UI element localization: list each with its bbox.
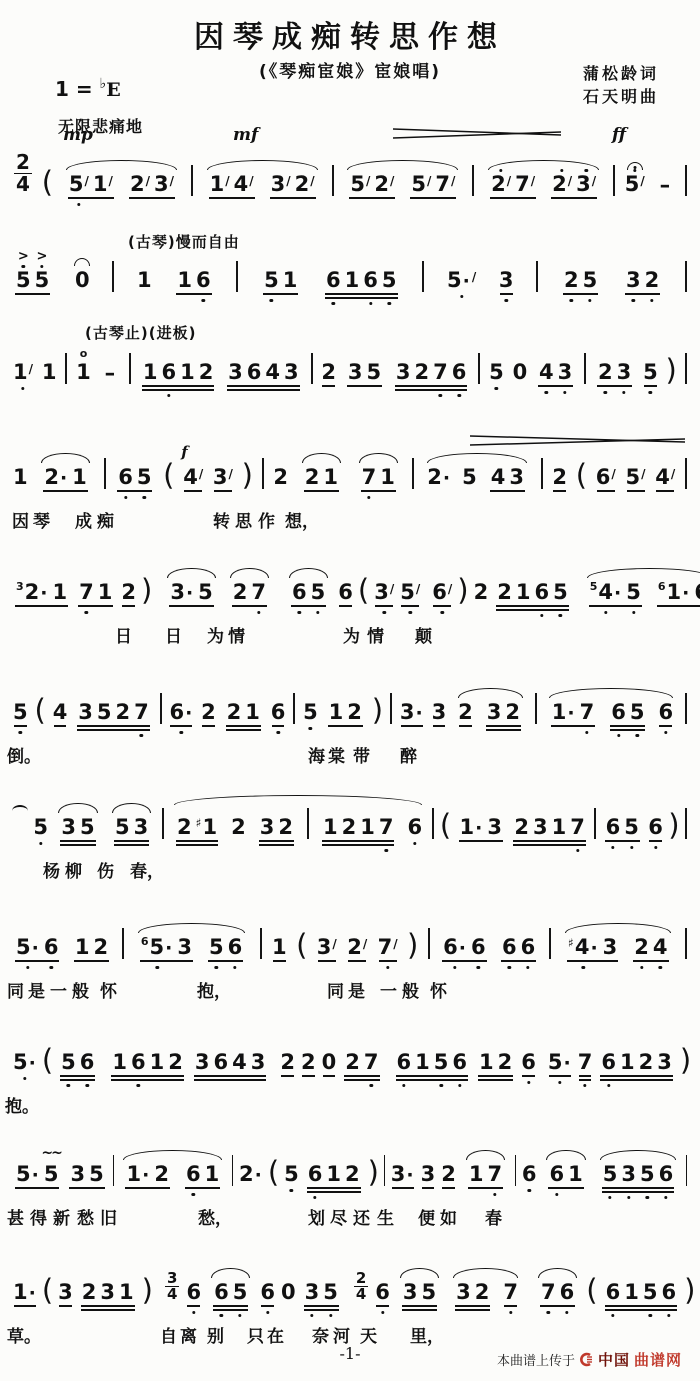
- note: 7: [541, 1281, 556, 1304]
- dash: –: [660, 174, 671, 196]
- note: 2: [415, 361, 430, 384]
- note: 5/: [411, 173, 431, 196]
- lyric: 如: [440, 1204, 457, 1229]
- note: 3: [305, 1281, 320, 1304]
- beam-line: [610, 725, 645, 727]
- octave-dot-low: [439, 394, 442, 397]
- music-row: 5>5>01165161655·/32532: [0, 258, 700, 292]
- beam-line: [226, 729, 261, 731]
- score-line: (古琴)慢而自由5>5>01165161655·/32532: [0, 258, 700, 292]
- beam-line: [78, 605, 113, 607]
- beam-group: 66: [500, 936, 537, 959]
- hairpin-icon: [393, 126, 561, 146]
- beam-line: [513, 840, 586, 842]
- note: 3/: [213, 466, 233, 489]
- note-digit: 1: [345, 269, 360, 292]
- note-digit: 7: [570, 816, 585, 839]
- octave-dot-low: [313, 1196, 316, 1199]
- augmentation-dot: ·: [406, 1164, 413, 1186]
- octave-dot-low: [527, 1189, 530, 1192]
- note-digit: 2: [498, 1051, 513, 1074]
- note-digit: 6: [661, 1281, 676, 1304]
- lyrics-row: 倒。海棠带醉: [0, 742, 700, 770]
- note-digit: 3: [374, 581, 389, 604]
- beam-group: 5>5>: [14, 269, 51, 292]
- note-digit: 5: [16, 1163, 31, 1186]
- composer: 石天明曲: [583, 85, 659, 108]
- note-digit: 6: [161, 361, 176, 384]
- note: 4: [653, 936, 668, 959]
- beam-group: 2·1: [42, 466, 88, 489]
- slur-group: 1·261: [120, 1163, 225, 1186]
- beam-line: [597, 385, 632, 387]
- note-digit: 2: [345, 1051, 360, 1074]
- slur-group: 53: [109, 816, 154, 839]
- augmentation-dot: ·: [29, 1282, 36, 1304]
- note: 3: [421, 1163, 436, 1186]
- beam-line: [657, 605, 700, 607]
- barline: [686, 1155, 687, 1186]
- note-digit: 2: [154, 1163, 169, 1186]
- lyrics-row: 杨柳伤春，: [0, 857, 700, 885]
- note: 5: [97, 701, 112, 724]
- lyrics-row: 抱。: [0, 1092, 700, 1120]
- note-digit: 1: [93, 173, 108, 196]
- note-digit: 5: [583, 269, 598, 292]
- note-digit: 6: [186, 1281, 201, 1304]
- beam-group: 56: [207, 936, 244, 959]
- barline: [685, 165, 687, 196]
- beam-line: [656, 490, 674, 492]
- beam-line: [111, 1079, 184, 1081]
- octave-dot-low: [67, 1084, 70, 1087]
- note-digit: 6: [196, 269, 211, 292]
- beam-line: [504, 1305, 517, 1307]
- note: 5>: [16, 269, 31, 292]
- note-digit: 3: [432, 701, 447, 724]
- beam-line: [610, 729, 645, 731]
- barline: [515, 1155, 516, 1186]
- beam-line: [54, 725, 67, 727]
- beam-group: 65: [116, 466, 153, 489]
- note: ♯4·: [568, 936, 599, 959]
- beam-group: 5/7/: [409, 173, 457, 196]
- beam-line: [272, 725, 285, 727]
- octave-dot-low: [21, 387, 24, 390]
- note-digit: 1: [202, 816, 217, 839]
- parenthesis: ): [368, 1159, 379, 1186]
- octave-dot-low: [369, 302, 372, 305]
- note: 5: [489, 361, 504, 384]
- beam-group: 54·5: [588, 581, 643, 604]
- octave-dot-low: [167, 394, 170, 397]
- octave-dot-low: [329, 1314, 332, 1317]
- beam-line: [567, 960, 618, 962]
- beam-line: [60, 840, 95, 842]
- note-digit: 1: [469, 1163, 484, 1186]
- note-digit: 3: [499, 269, 514, 292]
- note: 6/: [432, 581, 452, 604]
- octave-dot-low: [453, 966, 456, 969]
- lyric: 海: [308, 742, 325, 767]
- slide-ornament-icon: /: [416, 583, 420, 595]
- note: 5: [366, 361, 381, 384]
- note: 2·: [239, 1163, 263, 1186]
- slide-ornament-icon: /: [170, 175, 174, 187]
- note-digit: 5: [35, 269, 50, 292]
- note-digit: 1: [380, 466, 395, 489]
- music-row: 12·165(4/f3/)221712·5432(6/5/4/: [0, 455, 700, 489]
- note-digit: 1: [245, 701, 260, 724]
- octave-dot-low: [563, 391, 566, 394]
- beam-group: 3643: [193, 1051, 268, 1074]
- note: 6: [606, 1281, 621, 1304]
- note-digit: 6: [214, 1051, 229, 1074]
- note: 6: [375, 1281, 390, 1304]
- note: 2·: [427, 466, 451, 489]
- note-digit: 3: [61, 816, 76, 839]
- score-line: 5·(56161236432202761561265·76123)抱。: [0, 1040, 700, 1120]
- beam-line: [273, 960, 286, 962]
- note: 6: [308, 1163, 323, 1186]
- beam-group: 1612: [110, 1051, 185, 1074]
- note-digit: 5: [150, 936, 165, 959]
- note-digit: 2: [280, 1051, 295, 1074]
- key-note: E: [106, 79, 120, 101]
- time-signature: 24: [14, 152, 32, 195]
- note: 1: [137, 269, 152, 292]
- note: 6: [560, 1281, 575, 1304]
- note-digit: 4: [598, 581, 613, 604]
- note-digit: 6: [169, 701, 184, 724]
- beam-group: 16: [175, 269, 212, 292]
- dynamic-mark: ff: [612, 125, 626, 145]
- note-digit: 5: [411, 173, 426, 196]
- note: 2·: [44, 466, 68, 489]
- note: 6: [326, 269, 341, 292]
- note: 5: [643, 1281, 658, 1304]
- note-digit: 5: [13, 1051, 28, 1074]
- beam-line: [114, 840, 149, 842]
- lyric: 醉: [400, 742, 417, 767]
- beam-line: [259, 844, 294, 846]
- octave-dot-low: [617, 734, 620, 737]
- note: 2: [273, 466, 288, 489]
- note: 3: [70, 1163, 85, 1186]
- beam-line: [402, 1305, 437, 1307]
- beam-line: [185, 1187, 220, 1189]
- beam-group: 35: [346, 361, 383, 384]
- accent-icon: >: [36, 252, 47, 262]
- note-digit: 7: [580, 701, 595, 724]
- note-digit: 6: [452, 361, 467, 384]
- beam-group: 61·6: [656, 581, 700, 604]
- note-digit: 7: [433, 361, 448, 384]
- beam-line: [600, 1075, 673, 1077]
- beam-line: [551, 725, 595, 727]
- note-digit: 4: [265, 361, 280, 384]
- note: 5: [198, 581, 213, 604]
- barline: [129, 353, 131, 384]
- beam-line: [307, 1187, 361, 1189]
- octave-dot-low: [383, 611, 386, 614]
- note: 3·: [400, 701, 424, 724]
- sharp-icon: ♯: [568, 937, 574, 949]
- note-digit: 1: [143, 361, 158, 384]
- beam-line: [496, 609, 569, 611]
- note-digit: 5: [311, 581, 326, 604]
- dash: –: [105, 362, 116, 384]
- beam-line: [291, 605, 326, 607]
- beam-line: [633, 960, 668, 962]
- beam-line: [43, 490, 87, 492]
- beam-line: [122, 605, 135, 607]
- octave-dot-low: [607, 1084, 610, 1087]
- octave-dot-low: [39, 842, 42, 845]
- octave-dot-low: [367, 496, 370, 499]
- note-digit: 3: [284, 361, 299, 384]
- note-digit: 2: [552, 466, 567, 489]
- note: 1: [75, 936, 90, 959]
- note-digit: 1: [460, 816, 475, 839]
- note: 6: [659, 1163, 674, 1186]
- note-digit: 1: [210, 173, 225, 196]
- lyric: 倒。: [7, 742, 41, 767]
- note: 5: [630, 701, 645, 724]
- note-digit: 1: [516, 581, 531, 604]
- lyric: 同: [327, 977, 344, 1002]
- beam-line: [60, 844, 95, 846]
- note-digit: 3: [134, 816, 149, 839]
- music-row: 1/11o–1612364323532765043235): [0, 350, 700, 384]
- note-digit: 2: [639, 1051, 654, 1074]
- note: 3: [260, 816, 275, 839]
- note-digit: 2: [177, 816, 192, 839]
- note-digit: 5: [400, 581, 415, 604]
- augmentation-dot: ·: [32, 937, 39, 959]
- beam-group: 3/2/: [269, 173, 317, 196]
- note-digit: 2: [514, 816, 529, 839]
- note: 2: [82, 1281, 97, 1304]
- note: 3: [617, 361, 632, 384]
- octave-dot-low: [140, 734, 143, 737]
- lyric: 日: [115, 622, 132, 647]
- note: 7/: [435, 173, 455, 196]
- beam-line: [513, 844, 586, 846]
- note: 0: [513, 361, 528, 384]
- note-digit: 7: [79, 581, 94, 604]
- slur-group: 54·561·6: [584, 581, 700, 604]
- score-line: 1·(3231)3466560352463532776(6156)草。自离别只在…: [0, 1270, 700, 1350]
- accent-icon: >: [18, 252, 29, 262]
- lyric: 同: [7, 977, 24, 1002]
- lyric: 思: [235, 507, 252, 532]
- slide-ornament-icon: /: [249, 175, 253, 187]
- beam-group: 32: [258, 816, 295, 839]
- slur-group: 5/2/5/7/: [344, 173, 461, 196]
- note-digit: 2: [239, 1163, 254, 1186]
- octave-dot-low: [648, 1314, 651, 1317]
- beam-line: [59, 1305, 72, 1307]
- note-digit: 6: [228, 936, 243, 959]
- slur-group: 21: [299, 466, 344, 489]
- beam-line: [540, 1305, 575, 1307]
- note-digit: 3: [576, 173, 591, 196]
- beam-group: 56: [59, 1051, 96, 1074]
- note: 6: [521, 936, 536, 959]
- note-digit: 6: [271, 701, 286, 724]
- time-sig-denominator: 4: [356, 1287, 366, 1303]
- lyric: 带: [353, 742, 370, 767]
- note: 3: [558, 361, 573, 384]
- time-sig-denominator: 4: [167, 1287, 177, 1303]
- note-digit: 3: [78, 701, 93, 724]
- note-digit: 5: [33, 816, 48, 839]
- note-digit: 6: [606, 816, 621, 839]
- note-digit: 2: [345, 1163, 360, 1186]
- note-digit: 5: [643, 1281, 658, 1304]
- slide-ornament-icon: /: [448, 583, 452, 595]
- note: 5: [115, 816, 130, 839]
- beam-group: 61: [184, 1163, 221, 1186]
- note: 1: [469, 1163, 484, 1186]
- beam-line: [344, 1075, 379, 1077]
- note-digit: 1: [568, 1163, 583, 1186]
- note: 6: [601, 1051, 616, 1074]
- note: 54·: [590, 581, 623, 604]
- beam-group: ♯4·3: [566, 936, 619, 959]
- note-digit: 5: [323, 1281, 338, 1304]
- octave-dot-low: [233, 966, 236, 969]
- parenthesis: (: [358, 577, 369, 604]
- note: 3: [396, 361, 411, 384]
- note-digit: 2: [645, 269, 660, 292]
- slur-group: 65·356: [135, 936, 248, 959]
- augmentation-dot: ·: [590, 937, 597, 959]
- beam-line: [15, 1187, 59, 1189]
- augmentation-dot: ·: [40, 582, 47, 604]
- slur-group: 61: [543, 1163, 588, 1186]
- note: 1: [415, 1051, 430, 1074]
- augmentation-dot: ·: [614, 582, 621, 604]
- beam-group: 3643: [226, 361, 301, 384]
- octave-dot-low: [192, 1193, 195, 1196]
- note-digit: 6: [522, 1163, 537, 1186]
- music-row: 5·5~~351·2612·(5612)3·32176615356: [0, 1152, 700, 1186]
- note-digit: 0: [513, 361, 528, 384]
- beam-line: [553, 490, 566, 492]
- barline: [685, 261, 687, 292]
- octave-dot-low: [527, 1081, 530, 1084]
- note-digit: 4: [653, 936, 668, 959]
- note-digit: 2: [130, 173, 145, 196]
- beam-line: [14, 725, 27, 727]
- note: 5: [137, 466, 152, 489]
- note-digit: 2: [564, 269, 579, 292]
- note: 1: [180, 361, 195, 384]
- slur-group: 65: [208, 1281, 253, 1304]
- note: 5: [553, 581, 568, 604]
- note-digit: 2: [474, 581, 489, 604]
- beam-line: [486, 729, 521, 731]
- dynamic-mark: mf: [233, 125, 258, 145]
- augmentation-dot: ·: [60, 467, 67, 489]
- note: 2: [505, 701, 520, 724]
- note-digit: 5: [462, 466, 477, 489]
- octave-dot-low: [649, 391, 652, 394]
- note: 2: [474, 581, 489, 604]
- beam-line: [602, 1187, 675, 1189]
- lyric: 日: [165, 622, 182, 647]
- note-digit: 7: [541, 1281, 556, 1304]
- note-digit: 6: [606, 1281, 621, 1304]
- lyric: 想，: [285, 507, 319, 532]
- note: 6: [535, 581, 550, 604]
- note-digit: 3: [456, 1281, 471, 1304]
- note-digit: 1: [283, 269, 298, 292]
- note-digit: 3: [396, 361, 411, 384]
- beam-line: [129, 197, 175, 199]
- note: 6: [521, 1051, 536, 1074]
- note: 6: [214, 1051, 229, 1074]
- note-digit: 6: [601, 1051, 616, 1074]
- beam-group: 32: [624, 269, 661, 292]
- note: 7/: [515, 173, 535, 196]
- slur-group: 27: [227, 581, 272, 604]
- note: 3: [284, 361, 299, 384]
- note-digit: 3: [213, 466, 228, 489]
- beam-group: 612: [306, 1163, 362, 1186]
- beam-group: 32·1: [14, 581, 69, 604]
- lyric: 划: [308, 1204, 325, 1229]
- note-digit: 2: [44, 466, 59, 489]
- note-digit: 6: [363, 269, 378, 292]
- note: 1: [620, 1051, 635, 1074]
- octave-dot-low: [555, 1193, 558, 1196]
- barline: [428, 928, 430, 959]
- slur-group: 327: [450, 1281, 521, 1304]
- parenthesis: ): [684, 1277, 695, 1304]
- note: 6: [271, 701, 286, 724]
- beam-group: 35: [68, 1163, 105, 1186]
- note-digit: 2: [505, 701, 520, 724]
- beam-group: 12: [73, 936, 110, 959]
- note-digit: 2: [295, 173, 310, 196]
- note: 6: [214, 1281, 229, 1304]
- note-digit: 3: [657, 1051, 672, 1074]
- beam-line: [490, 490, 525, 492]
- note-digit: 3: [100, 1281, 115, 1304]
- beam-line: [259, 840, 294, 842]
- note-digit: 6: [407, 816, 422, 839]
- note: 0: [281, 1281, 296, 1304]
- note-digit: 5: [264, 269, 279, 292]
- note: 6: [648, 816, 663, 839]
- note: 1: [150, 1051, 165, 1074]
- beam-group: 2/3/: [128, 173, 176, 196]
- note: 3: [509, 466, 524, 489]
- note-digit: 1: [329, 701, 344, 724]
- beam-line: [142, 389, 215, 391]
- note-digit: 1: [177, 269, 192, 292]
- note: 5: [311, 581, 326, 604]
- octave-dot-low: [332, 302, 335, 305]
- augmentation-dot: ·: [32, 1164, 39, 1186]
- slur-group: 65: [286, 581, 331, 604]
- note: 5/: [625, 173, 645, 196]
- barline: [113, 1155, 114, 1186]
- beam-line: [304, 490, 339, 492]
